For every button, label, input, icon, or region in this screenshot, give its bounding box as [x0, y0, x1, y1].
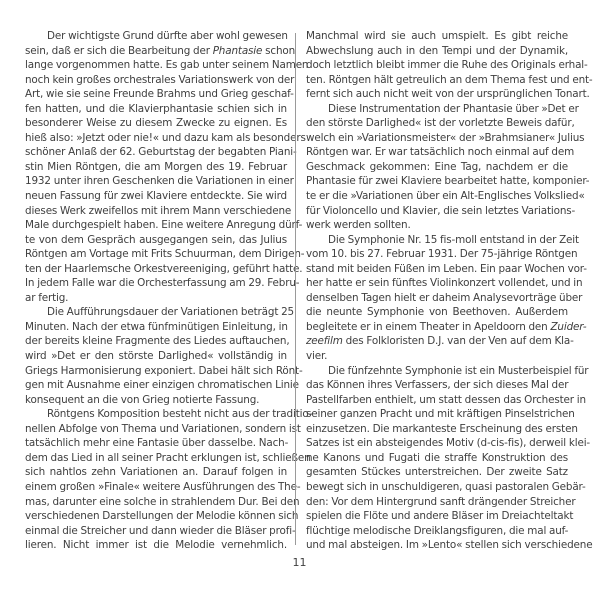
text-line: konsequent an die von Grieg notierte Fas…	[25, 393, 287, 408]
text-line: Satzes ist ein absteigendes Motiv (d-cis…	[306, 436, 568, 451]
text-line: te von dem Gespräch ausgegangen sein, da…	[25, 233, 287, 248]
text-line: ten der Haarlemsche Orkestvereeniging, g…	[25, 262, 287, 277]
text-line: hieß also: »Jetzt oder nie!« und dazu ka…	[25, 131, 287, 146]
text-line: ar fertig.	[25, 291, 287, 306]
text-line: Geschmack gekommen: Eine Tag, nachdem er…	[306, 160, 568, 175]
text-line: te er die »Variationen über ein Alt-Engl…	[306, 189, 568, 204]
text-line: mas, darunter eine solche in strahlendem…	[25, 495, 287, 510]
text-line: welch ein »Variationsmeister« der »Brahm…	[306, 131, 568, 146]
text-line: vom 10. bis 27. Februar 1931. Der 75-jäh…	[306, 247, 568, 262]
text-line: dieses Werk zweifellos mit ihrem Mann ve…	[25, 204, 287, 219]
text-line: seiner ganzen Pracht und mit kräftigen P…	[306, 407, 568, 422]
text-line: einmal die Streicher und dann wieder die…	[25, 524, 287, 539]
text-line: gesamten Stückes unterstreichen. Der zwe…	[306, 465, 568, 480]
text-line: gen mit Ausnahme einer einzigen chromati…	[25, 378, 287, 393]
text-line: werk werden sollten.	[306, 218, 568, 233]
text-line: sich nahtlos zehn Variationen an. Darauf…	[25, 465, 287, 480]
text-line: ne Kanons und Fugati die straffe Konstru…	[306, 451, 568, 466]
text-line: vier.	[306, 349, 568, 364]
text-line: In jedem Falle war die Orchesterfassung …	[25, 276, 287, 291]
text-line: Röntgen war. Er war tatsächlich noch ein…	[306, 145, 568, 160]
text-line: fen hatten, und die Klavierphantasie sch…	[25, 102, 287, 117]
text-line: noch kein großes orchestrales Variations…	[25, 73, 287, 88]
text-line: zeefilm des Folkloristen D.J. van der Ve…	[306, 334, 568, 349]
text-line: die neunte Symphonie von Beethoven. Auße…	[306, 305, 568, 320]
text-line: Diese Instrumentation der Phantasie über…	[306, 102, 568, 117]
text-line: lange vorgenommen hatte. Es gab unter se…	[25, 58, 287, 73]
column-divider	[295, 33, 296, 545]
text-line: her hatte er sein fünftes Violinkonzert …	[306, 276, 568, 291]
text-line: neuen Fassung für zwei Klaviere entdeckt…	[25, 189, 287, 204]
text-line: wird »Det er den störste Darlighed« voll…	[25, 349, 287, 364]
text-line: lieren. Nicht immer ist die Melodie vern…	[25, 538, 287, 553]
text-line: Röntgen am Vortage mit Frits Schuurman, …	[25, 247, 287, 262]
left-text-column: Der wichtigste Grund dürfte aber wohl ge…	[25, 29, 287, 553]
text-line: spielen die Flöte und andere Bläser im D…	[306, 509, 568, 524]
right-text-column: Manchmal wird sie auch umspielt. Es gibt…	[306, 29, 568, 553]
text-line: Pastellfarben enthielt, um statt dessen …	[306, 393, 568, 408]
text-line: Abwechslung auch in den Tempi und der Dy…	[306, 44, 568, 59]
text-line: Art, wie sie seine Freunde Brahms und Gr…	[25, 87, 287, 102]
text-line: 1932 unter ihren Geschenken die Variatio…	[25, 174, 287, 189]
text-line: der bereits kleine Fragmente des Liedes …	[25, 334, 287, 349]
text-line: begleitete er in einem Theater in Apeldo…	[306, 320, 568, 335]
text-line: tatsächlich mehr eine Fantasie über dass…	[25, 436, 287, 451]
text-line: einem großen »Finale« weitere Ausführung…	[25, 480, 287, 495]
text-line: bewegt sich in unschuldigeren, quasi pas…	[306, 480, 568, 495]
text-line: doch letztlich bleibt immer die Ruhe des…	[306, 58, 568, 73]
text-line: fernt sich auch nicht weit von der urspr…	[306, 87, 568, 102]
text-line: einzusetzen. Die markanteste Erscheinung…	[306, 422, 568, 437]
text-line: denselben Tagen hielt er daheim Analysev…	[306, 291, 568, 306]
text-line: Phantasie für zwei Klaviere bearbeitet h…	[306, 174, 568, 189]
text-line: flüchtige melodische Dreiklangsfiguren, …	[306, 524, 568, 539]
text-line: sein, daß er sich die Bearbeitung der Ph…	[25, 44, 287, 59]
text-line: Die Aufführungsdauer der Variationen bet…	[25, 305, 287, 320]
text-line: Röntgens Komposition besteht nicht aus d…	[25, 407, 287, 422]
text-line: Minuten. Nach der etwa fünfminütigen Ein…	[25, 320, 287, 335]
text-line: Griegs Harmonisierung exponiert. Dabei h…	[25, 364, 287, 379]
text-line: dem das Lied in all seiner Pracht erklun…	[25, 451, 287, 466]
text-line: Die Symphonie Nr. 15 fis-moll entstand i…	[306, 233, 568, 248]
text-line: Der wichtigste Grund dürfte aber wohl ge…	[25, 29, 287, 44]
text-line: Manchmal wird sie auch umspielt. Es gibt…	[306, 29, 568, 44]
text-line: stand mit beiden Füßen im Leben. Ein paa…	[306, 262, 568, 277]
text-line: ten. Röntgen hält getreulich an dem Them…	[306, 73, 568, 88]
text-line: und mal absteigen. Im »Lento« stellen si…	[306, 538, 568, 553]
text-line: den: Vor dem Hintergrund sanft drängende…	[306, 495, 568, 510]
text-line: stin Mien Röntgen, die am Morgen des 19.…	[25, 160, 287, 175]
text-line: Male durchgespielt haben. Eine weitere A…	[25, 218, 287, 233]
text-line: den störste Darlighed« ist der vorletzte…	[306, 116, 568, 131]
text-line: schöner Anlaß der 62. Geburtstag der beg…	[25, 145, 287, 160]
text-line: nellen Abfolge von Thema und Variationen…	[25, 422, 287, 437]
text-line: für Violoncello und Klavier, die sein le…	[306, 204, 568, 219]
text-line: das Können ihres Verfassers, der sich di…	[306, 378, 568, 393]
text-line: besonderer Weise zu diesem Zwecke zu eig…	[25, 116, 287, 131]
text-line: verschiedenen Darstellungen der Melodie …	[25, 509, 287, 524]
text-line: Die fünfzehnte Symphonie ist ein Musterb…	[306, 364, 568, 379]
page-number: 11	[0, 556, 599, 569]
